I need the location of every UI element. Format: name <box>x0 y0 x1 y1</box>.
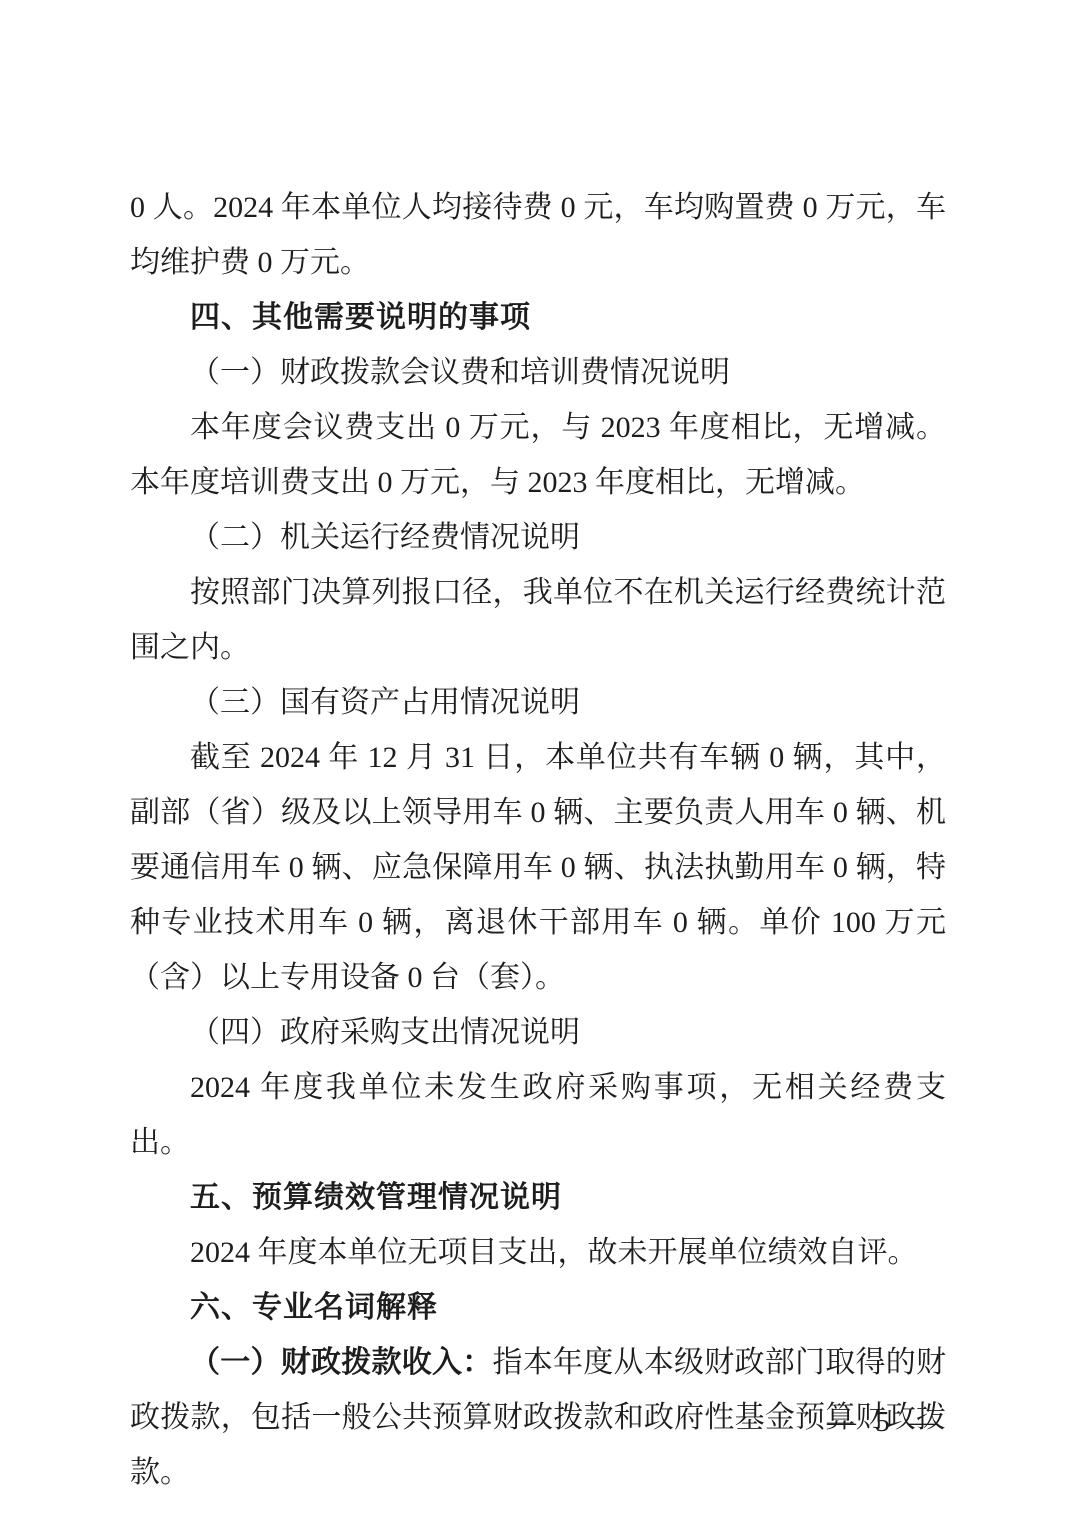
paragraph-continuation: 0 人。2024 年本单位人均接待费 0 元，车均购置费 0 万元，车均维护费 … <box>130 180 946 290</box>
paragraph-term-definition: （一）财政拨款收入：指本年度从本级财政部门取得的财政拨款，包括一般公共预算财政拨… <box>130 1335 946 1500</box>
paragraph-meeting-training-fees: 本年度会议费支出 0 万元，与 2023 年度相比，无增减。本年度培训费支出 0… <box>130 400 946 510</box>
term-label: （一）财政拨款收入： <box>190 1346 493 1379</box>
paragraph-budget-performance: 2024 年度本单位无项目支出，故未开展单位绩效自评。 <box>130 1225 946 1280</box>
subsection-heading-state-assets: （三）国有资产占用情况说明 <box>130 675 946 730</box>
section-heading-other-matters: 四、其他需要说明的事项 <box>130 290 946 345</box>
document-page: 0 人。2024 年本单位人均接待费 0 元，车均购置费 0 万元，车均维护费 … <box>0 0 1074 1520</box>
subsection-heading-meeting-training-fees: （一）财政拨款会议费和培训费情况说明 <box>130 345 946 400</box>
page-number: — 5 — <box>827 1405 944 1439</box>
paragraph-government-procurement: 2024 年度我单位未发生政府采购事项，无相关经费支出。 <box>130 1060 946 1170</box>
document-content: 0 人。2024 年本单位人均接待费 0 元，车均购置费 0 万元，车均维护费 … <box>130 180 946 1500</box>
paragraph-operating-expenses: 按照部门决算列报口径，我单位不在机关运行经费统计范围之内。 <box>130 565 946 675</box>
section-heading-terminology: 六、专业名词解释 <box>130 1280 946 1335</box>
paragraph-state-assets: 截至 2024 年 12 月 31 日，本单位共有车辆 0 辆，其中，副部（省）… <box>130 730 946 1005</box>
section-heading-budget-performance: 五、预算绩效管理情况说明 <box>130 1170 946 1225</box>
subsection-heading-operating-expenses: （二）机关运行经费情况说明 <box>130 510 946 565</box>
subsection-heading-government-procurement: （四）政府采购支出情况说明 <box>130 1005 946 1060</box>
